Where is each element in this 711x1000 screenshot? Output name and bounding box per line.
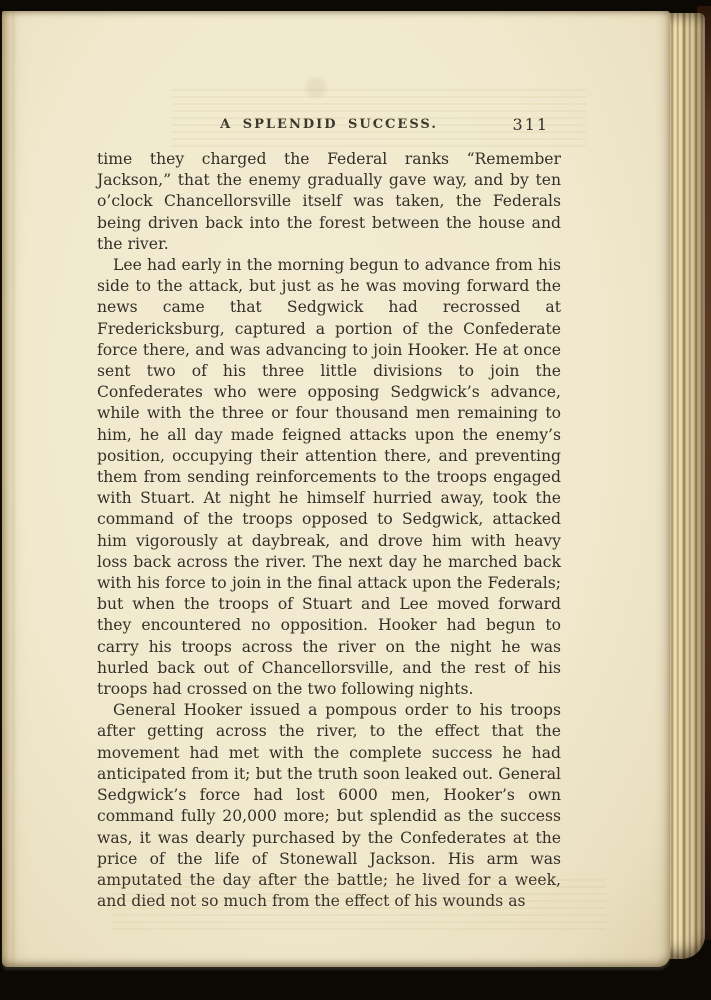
page-text: time they charged the Federal ranks “Rem… [97,149,561,912]
page-stack-fore-edge [667,13,705,959]
paragraph-continuation: time they charged the Federal ranks “Rem… [97,149,561,255]
book-scan: A SPLENDID SUCCESS. 311 time they charge… [0,0,711,1000]
book-page: A SPLENDID SUCCESS. 311 time they charge… [2,11,670,967]
running-title: A SPLENDID SUCCESS. [97,117,561,132]
paragraph: General Hooker issued a pompous order to… [97,700,561,912]
running-head: A SPLENDID SUCCESS. 311 [97,117,561,139]
paragraph: Lee had early in the morning begun to ad… [97,255,561,700]
page-number: 311 [512,115,549,134]
